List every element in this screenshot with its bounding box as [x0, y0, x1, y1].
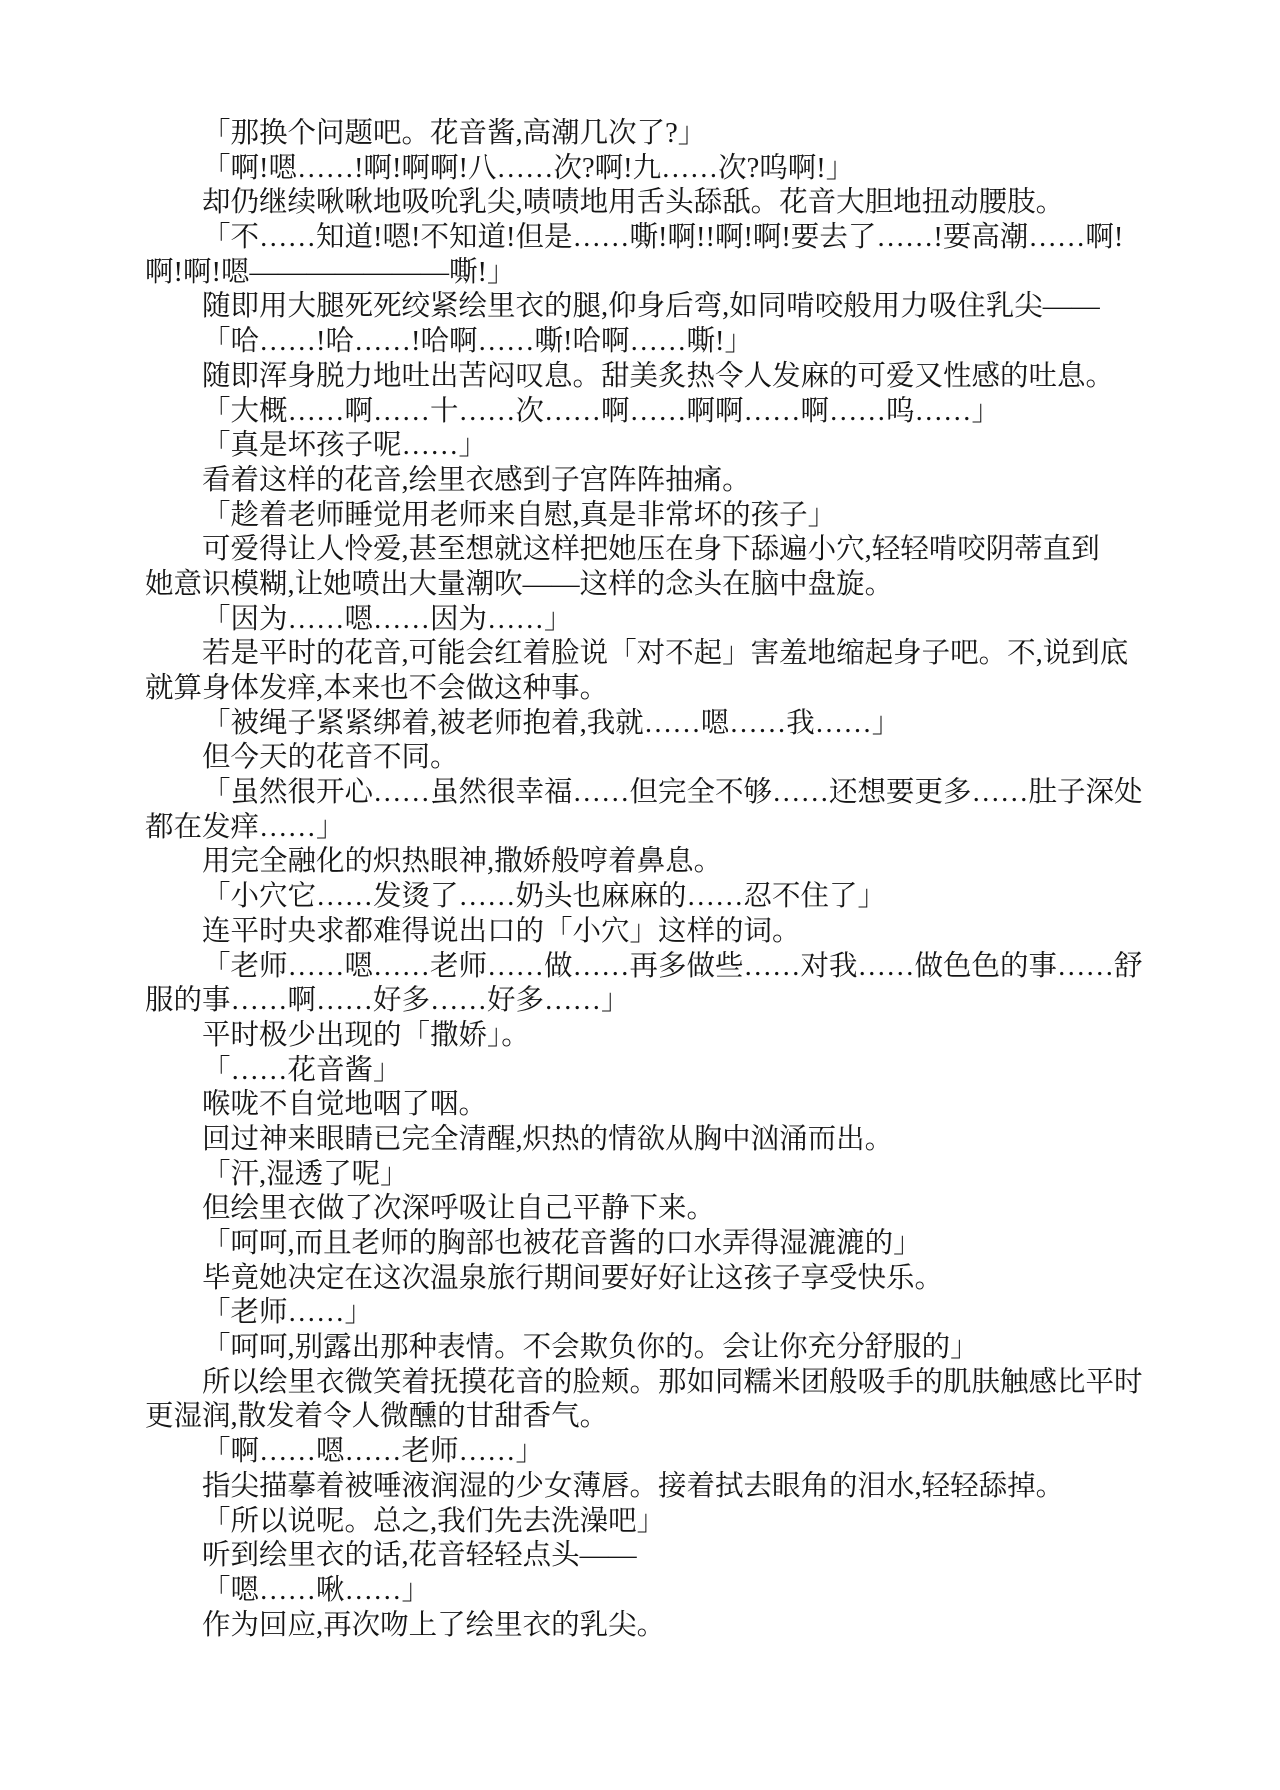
text-line: 「那换个问题吧。花音酱,高潮几次了?」: [145, 117, 1205, 152]
text-line: 回过神来眼睛已完全清醒,炽热的情欲从胸中汹涌而出。: [145, 1123, 1205, 1158]
text-line: 「啊……嗯……老师……」: [145, 1435, 1205, 1470]
text-line: 「所以说呢。总之,我们先去洗澡吧」: [145, 1505, 1205, 1540]
text-line: 但今天的花音不同。: [145, 741, 1205, 776]
text-line: 作为回应,再次吻上了绘里衣的乳尖。: [145, 1609, 1205, 1644]
text-line: 随即浑身脱力地吐出苦闷叹息。甜美炙热令人发麻的可爱又性感的吐息。: [145, 360, 1205, 395]
text-line: 「嗯……啾……」: [145, 1574, 1205, 1609]
text-line: 看着这样的花音,绘里衣感到子宫阵阵抽痛。: [145, 464, 1205, 499]
text-line: 毕竟她决定在这次温泉旅行期间要好好让这孩子享受快乐。: [145, 1262, 1205, 1297]
text-line: 更湿润,散发着令人微醺的甘甜香气。: [145, 1400, 1205, 1435]
text-line: 服的事……啊……好多……好多……」: [145, 984, 1205, 1019]
text-line: 喉咙不自觉地咽了咽。: [145, 1088, 1205, 1123]
text-line: 就算身体发痒,本来也不会做这种事。: [145, 672, 1205, 707]
text-line: 用完全融化的炽热眼神,撒娇般哼着鼻息。: [145, 845, 1205, 880]
text-line: 可爱得让人怜爱,甚至想就这样把她压在身下舔遍小穴,轻轻啃咬阴蒂直到: [145, 533, 1205, 568]
text-line: 「小穴它……发烫了……奶头也麻麻的……忍不住了」: [145, 880, 1205, 915]
text-line: 但绘里衣做了次深呼吸让自己平静下来。: [145, 1192, 1205, 1227]
text-line: 她意识模糊,让她喷出大量潮吹——这样的念头在脑中盘旋。: [145, 568, 1205, 603]
text-line: 「不……知道!嗯!不知道!但是……嘶!啊!!啊!啊!要去了……!要高潮……啊!: [145, 221, 1205, 256]
text-line: 「呵呵,而且老师的胸部也被花音酱的口水弄得湿漉漉的」: [145, 1227, 1205, 1262]
text-line: 都在发痒……」: [145, 811, 1205, 846]
text-line: 「趁着老师睡觉用老师来自慰,真是非常坏的孩子」: [145, 499, 1205, 534]
text-line: 「虽然很开心……虽然很幸福……但完全不够……还想要更多……肚子深处: [145, 776, 1205, 811]
text-line: 若是平时的花音,可能会红着脸说「对不起」害羞地缩起身子吧。不,说到底: [145, 637, 1205, 672]
text-line: 「被绳子紧紧绑着,被老师抱着,我就……嗯……我……」: [145, 707, 1205, 742]
text-line: 所以绘里衣微笑着抚摸花音的脸颊。那如同糯米团般吸手的肌肤触感比平时: [145, 1366, 1205, 1401]
text-line: 「……花音酱」: [145, 1054, 1205, 1089]
text-line: 啊!啊!嗯———————嘶!」: [145, 256, 1205, 291]
text-line: 「老师……嗯……老师……做……再多做些……对我……做色色的事……舒: [145, 950, 1205, 985]
text-line: 却仍继续啾啾地吸吮乳尖,啧啧地用舌头舔舐。花音大胆地扭动腰肢。: [145, 186, 1205, 221]
text-line: 连平时央求都难得说出口的「小穴」这样的词。: [145, 915, 1205, 950]
text-line: 「因为……嗯……因为……」: [145, 603, 1205, 638]
text-line: 「呵呵,别露出那种表情。不会欺负你的。会让你充分舒服的」: [145, 1331, 1205, 1366]
text-line: 「啊!嗯……!啊!啊啊!八……次?啊!九……次?呜啊!」: [145, 152, 1205, 187]
text-line: 「大概……啊……十……次……啊……啊啊……啊……呜……」: [145, 395, 1205, 430]
text-line: 「老师……」: [145, 1296, 1205, 1331]
text-line: 指尖描摹着被唾液润湿的少女薄唇。接着拭去眼角的泪水,轻轻舔掉。: [145, 1470, 1205, 1505]
page-text: 「那换个问题吧。花音酱,高潮几次了?」「啊!嗯……!啊!啊啊!八……次?啊!九……: [145, 117, 1205, 1643]
text-line: 「哈……!哈……!哈啊……嘶!哈啊……嘶!」: [145, 325, 1205, 360]
novel-page: 「那换个问题吧。花音酱,高潮几次了?」「啊!嗯……!啊!啊啊!八……次?啊!九……: [0, 0, 1280, 1790]
text-line: 随即用大腿死死绞紧绘里衣的腿,仰身后弯,如同啃咬般用力吸住乳尖——: [145, 290, 1205, 325]
text-line: 「汗,湿透了呢」: [145, 1158, 1205, 1193]
text-line: 「真是坏孩子呢……」: [145, 429, 1205, 464]
text-line: 平时极少出现的「撒娇」。: [145, 1019, 1205, 1054]
text-line: 听到绘里衣的话,花音轻轻点头——: [145, 1539, 1205, 1574]
